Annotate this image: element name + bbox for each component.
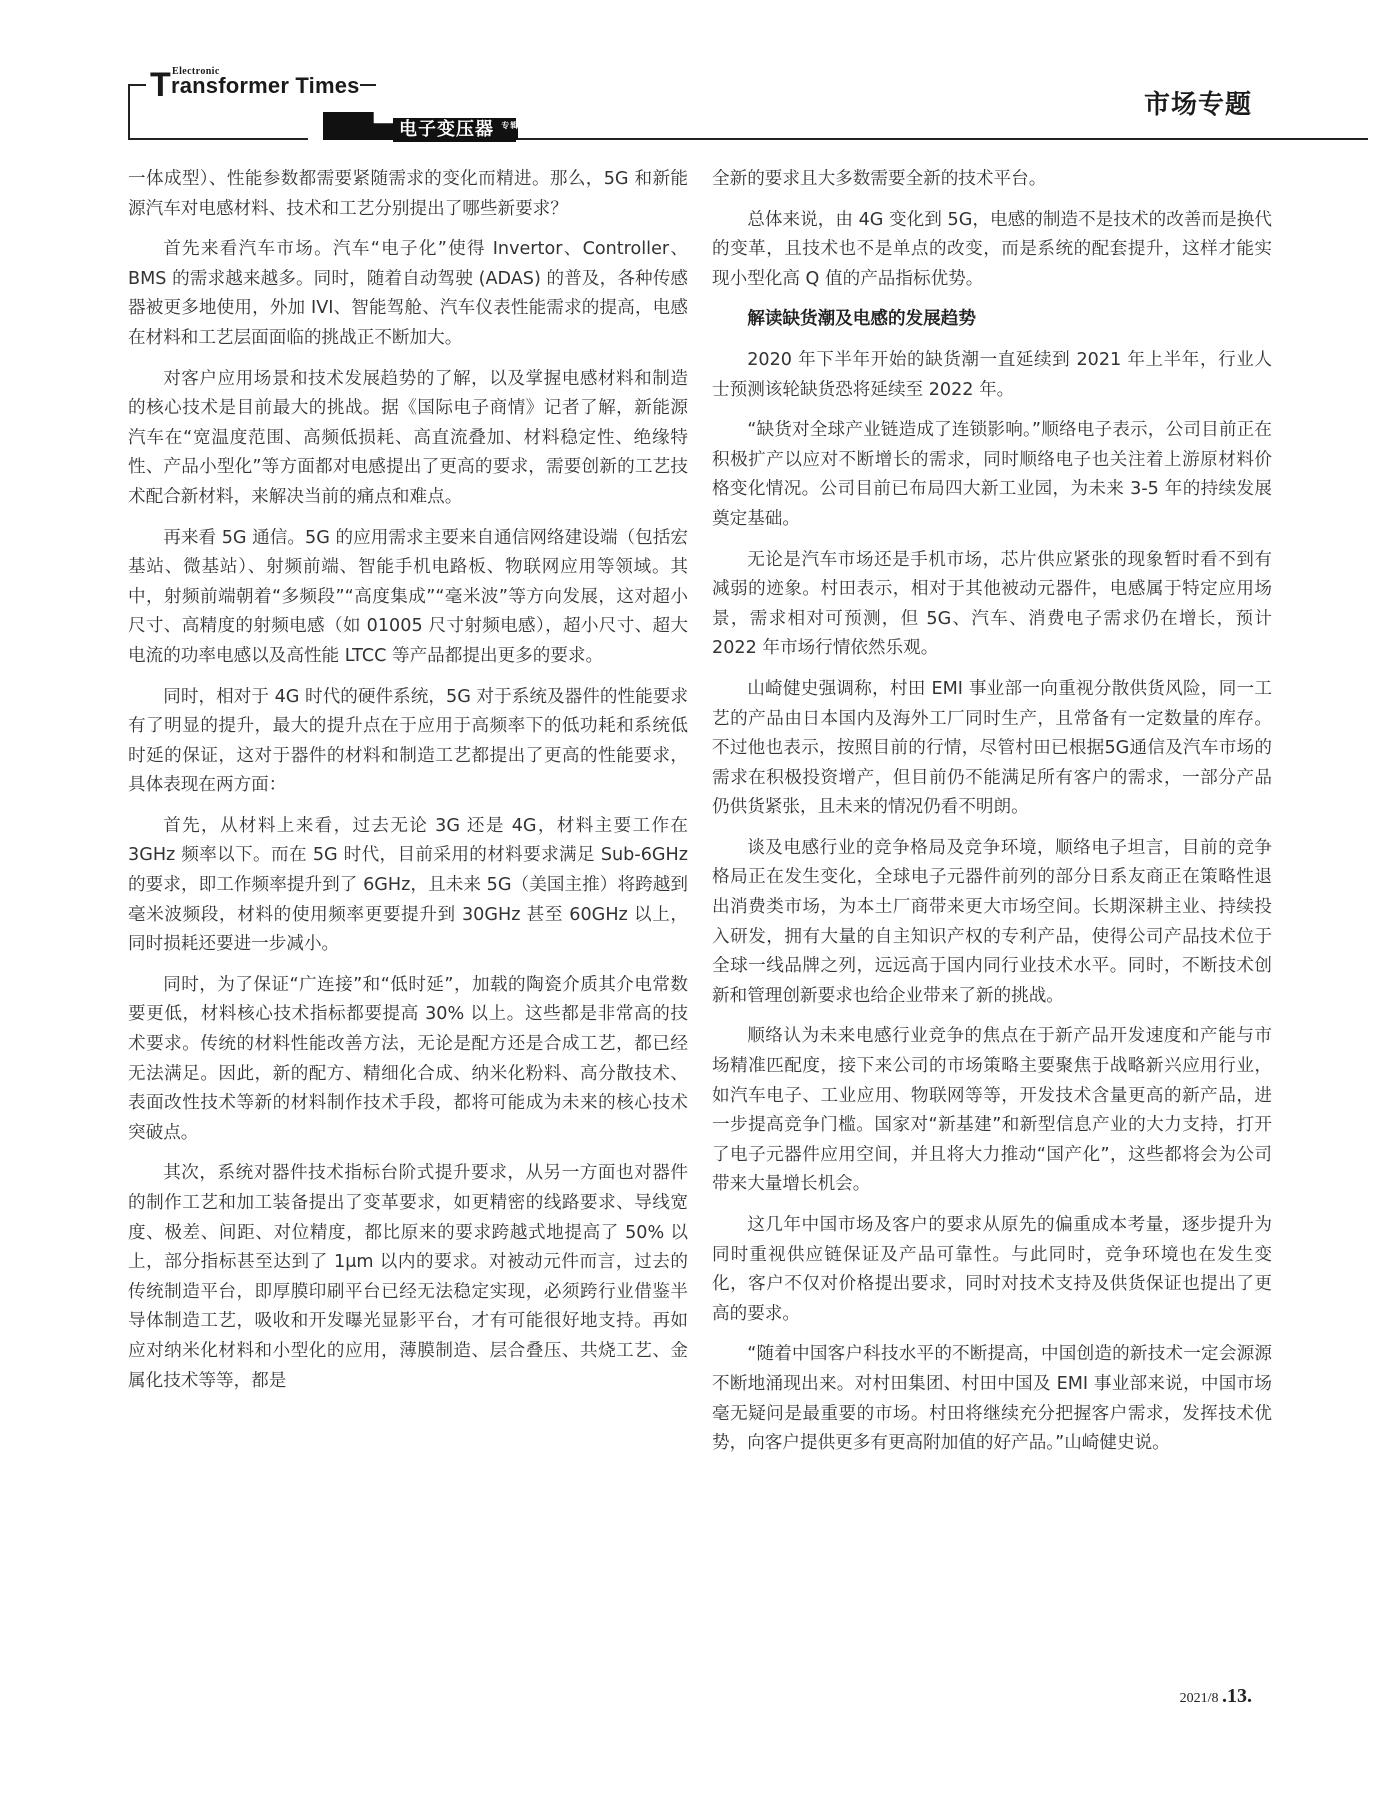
masthead-rule: [360, 84, 376, 86]
paragraph: 2020 年下半年开始的缺货潮一直延续到 2021 年上半年，行业人士预测该轮缺…: [712, 346, 1272, 405]
paragraph: 同时，相对于 4G 时代的硬件系统，5G 对于系统及器件的性能要求有了明显的提升…: [128, 683, 688, 801]
paragraph: 首先，从材料上来看，过去无论 3G 还是 4G，材料主要工作在 3GHz 频率以…: [128, 812, 688, 960]
page-number: .13.: [1222, 1685, 1252, 1707]
paragraph: 无论是汽车市场还是手机市场，芯片供应紧张的现象暂时看不到有减弱的迹象。村田表示，…: [712, 546, 1272, 664]
paragraph: 这几年中国市场及客户的要求从原先的偏重成本考量，逐步提升为同时重视供应链保证及产…: [712, 1211, 1272, 1329]
paragraph: 山崎健史强调称，村田 EMI 事业部一向重视分散供货风险，同一工艺的产品由日本国…: [712, 675, 1272, 823]
masthead-initial: T: [150, 66, 171, 104]
paragraph: “随着中国客户科技水平的不断提高，中国创造的新技术一定会源源不断地涌现出来。对村…: [712, 1340, 1272, 1458]
paragraph: 再来看 5G 通信。5G 的应用需求主要来自通信网络建设端（包括宏基站、微基站）…: [128, 524, 688, 672]
paragraph: 其次，系统对器件技术指标台阶式提升要求，从另一方面也对器件的制作工艺和加工装备提…: [128, 1159, 688, 1396]
paragraph: 谈及电感行业的竞争格局及竞争环境，顺络电子坦言，目前的竞争格局正在发生变化，全球…: [712, 834, 1272, 1012]
paragraph: “缺货对全球产业链造成了连锁影响。”顺络电子表示，公司目前正在积极扩产以应对不断…: [712, 416, 1272, 534]
masthead: Electronic Transformer Times 电子变压器 专辑: [128, 60, 1248, 140]
paragraph: 同时，为了保证“广连接”和“低时延”，加载的陶瓷介质其介电常数要更低，材料核心技…: [128, 971, 688, 1149]
masthead-rule: [518, 138, 1368, 140]
section-heading: 解读缺货潮及电感的发展趋势: [712, 305, 1272, 335]
right-column: 全新的要求且大多数需要全新的技术平台。 总体来说，由 4G 变化到 5G，电感的…: [712, 165, 1272, 1470]
masthead-rule: [128, 84, 146, 86]
left-column: 一体成型）、性能参数都需要紧随需求的变化而精进。那么，5G 和新能源汽车对电感材…: [128, 165, 688, 1407]
masthead-rule: [128, 138, 308, 140]
page-folio: 2021/8 .13.: [1180, 1685, 1252, 1708]
paragraph: 全新的要求且大多数需要全新的技术平台。: [712, 165, 1272, 195]
paragraph: 总体来说，由 4G 变化到 5G，电感的制造不是技术的改善而是换代的变革，且技术…: [712, 206, 1272, 295]
masthead-logo-en: Electronic Transformer Times: [150, 68, 360, 102]
paragraph: 一体成型）、性能参数都需要紧随需求的变化而精进。那么，5G 和新能源汽车对电感材…: [128, 165, 688, 224]
masthead-electronic: Electronic: [172, 66, 220, 77]
masthead-cn-suffix: 专辑: [501, 121, 510, 130]
issue-date: 2021/8: [1180, 1691, 1219, 1706]
paragraph: 对客户应用场景和技术发展趋势的了解，以及掌握电感材料和制造的核心技术是目前最大的…: [128, 365, 688, 513]
section-tag: 市场专题: [1144, 84, 1252, 121]
paragraph: 顺络认为未来电感行业竞争的焦点在于新产品开发速度和产能与市场精准匹配度，接下来公…: [712, 1022, 1272, 1200]
masthead-cn-title: 电子变压器: [399, 119, 494, 140]
paragraph: 首先来看汽车市场。汽车“电子化”使得 Invertor、Controller、B…: [128, 235, 688, 353]
masthead-rule: [128, 84, 130, 140]
masthead-logo-cn: 电子变压器 专辑: [393, 118, 516, 142]
